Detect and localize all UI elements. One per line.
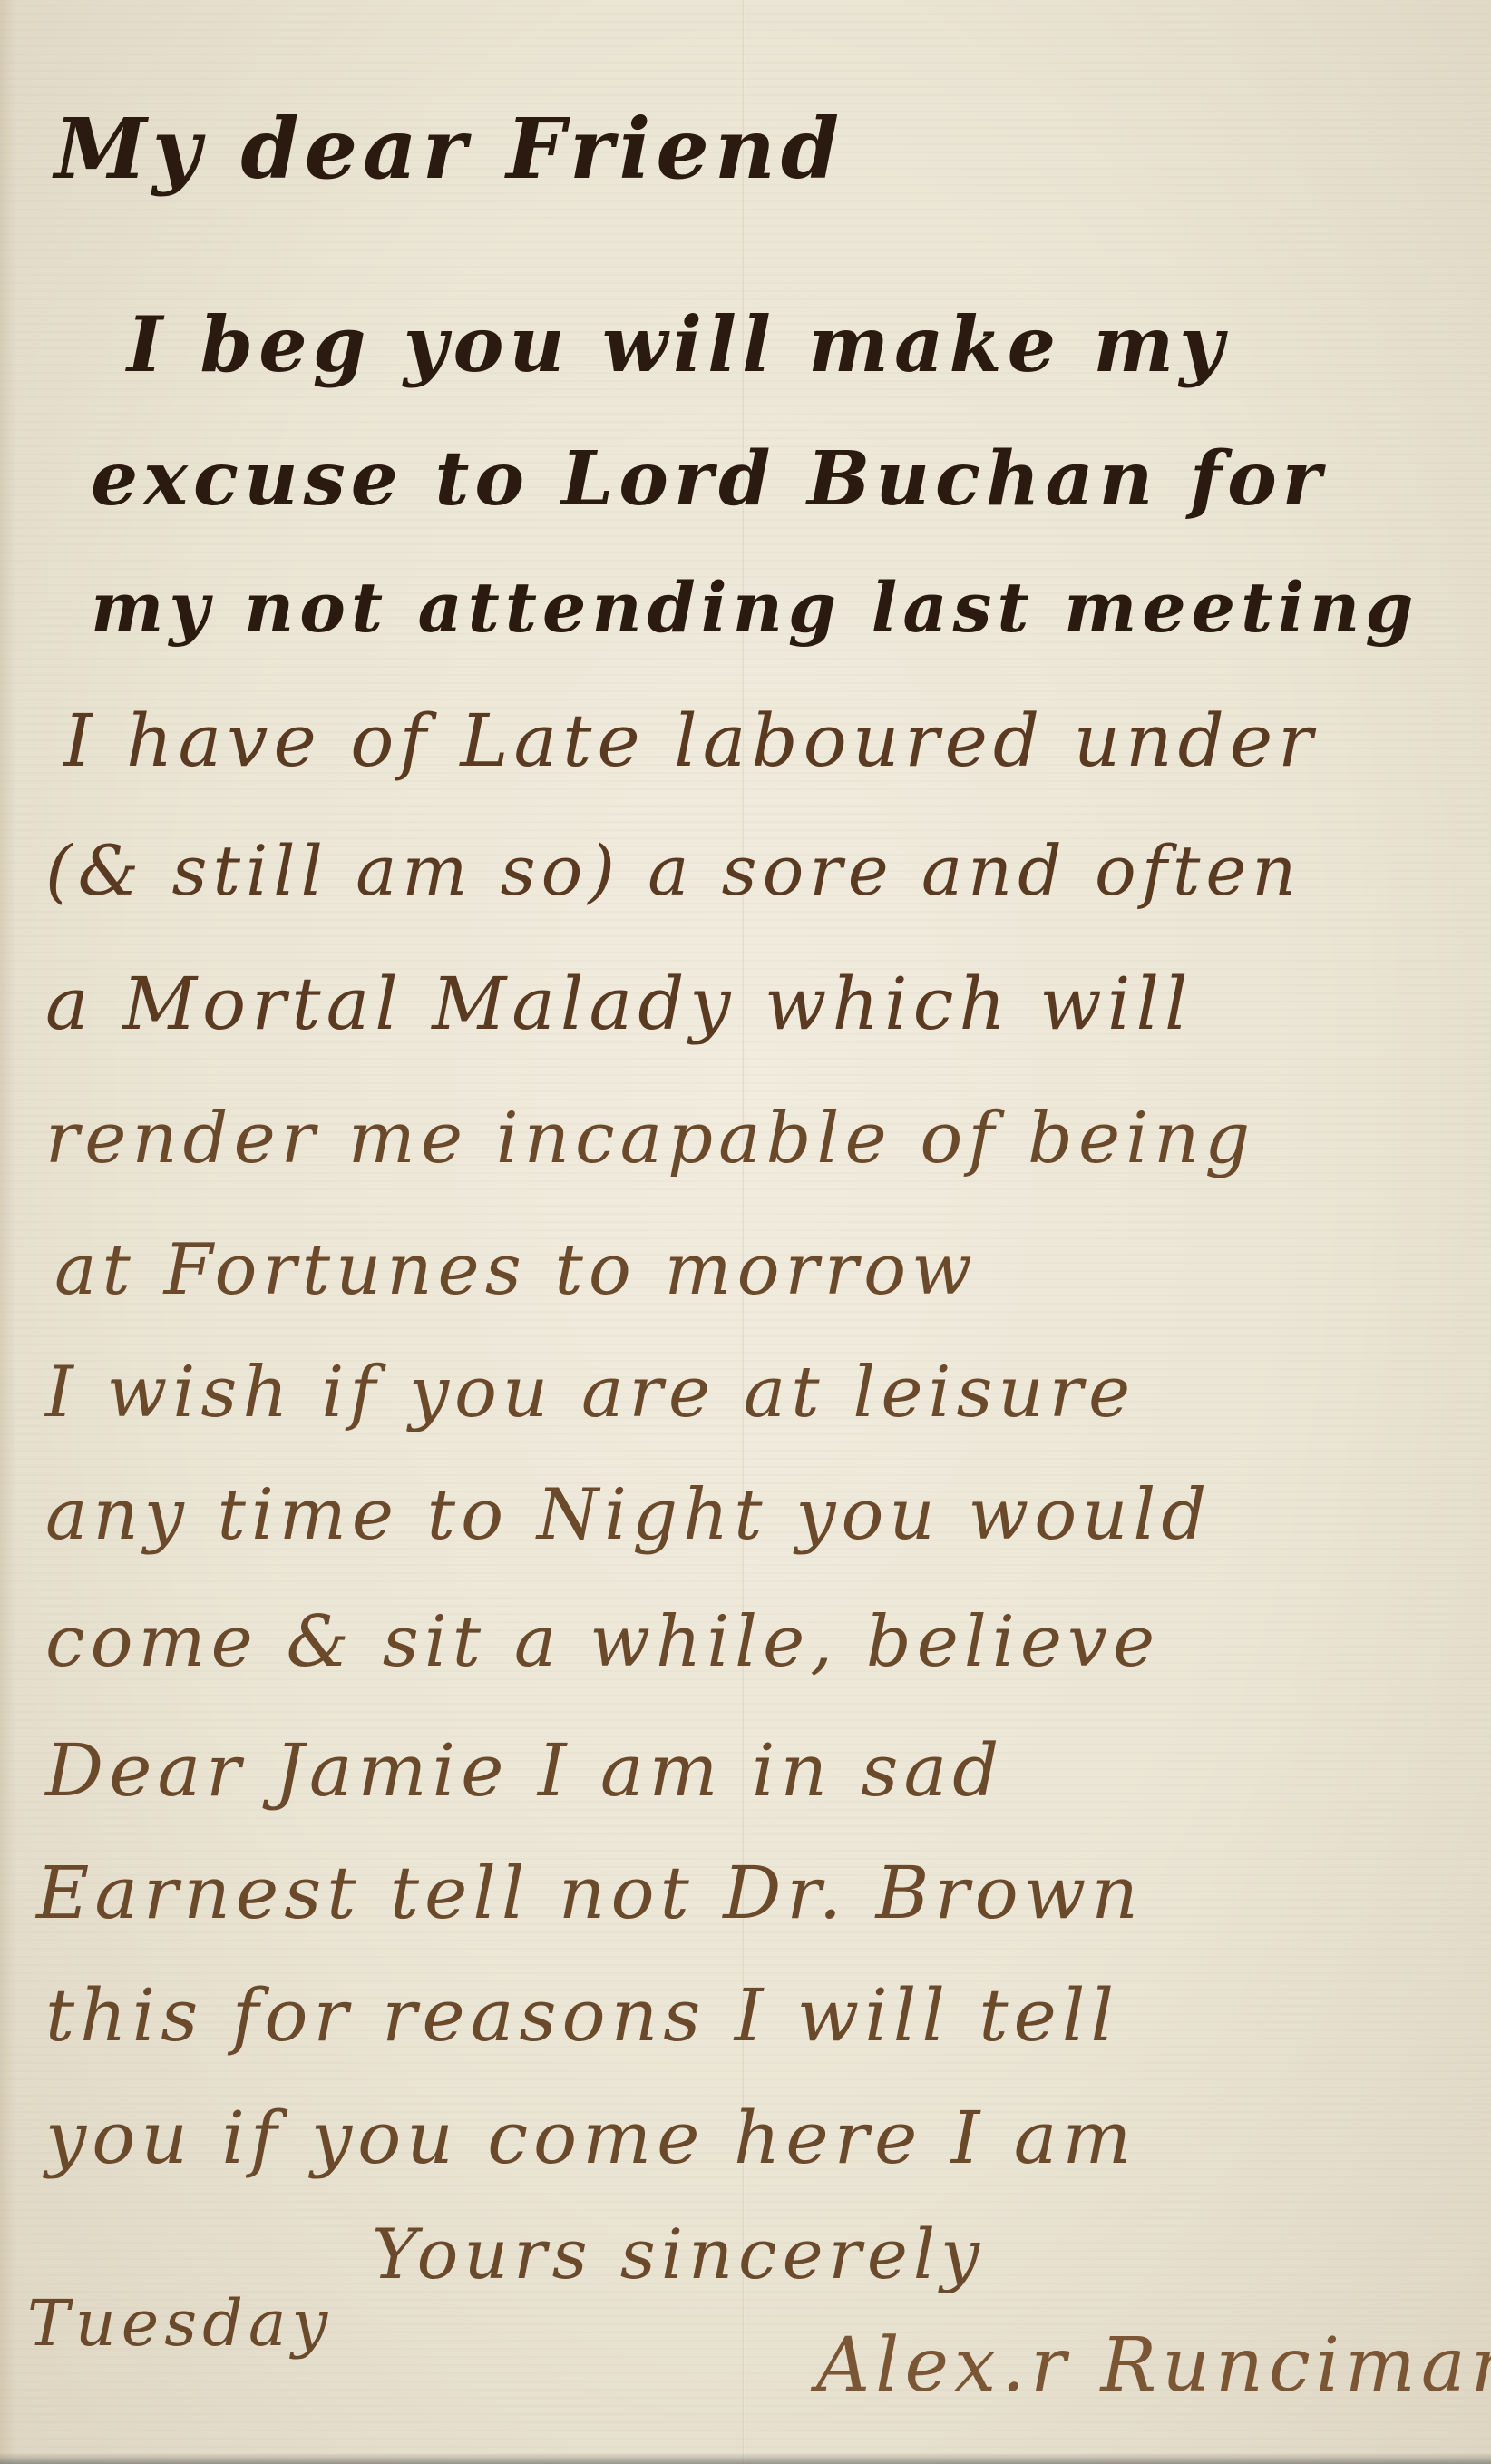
body-line-15: you if you come here I am [45, 2096, 1136, 2180]
body-line-6: a Mortal Malady which will [45, 962, 1194, 1046]
body-line-10: any time to Night you would [45, 1474, 1212, 1556]
body-line-12: Dear Jamie I am in sad [45, 1728, 1004, 1813]
body-line-5: (& still am so) a sore and often [45, 830, 1301, 911]
body-line-11: come & sit a while, believe [45, 1601, 1160, 1683]
body-line-8: at Fortunes to morrow [54, 1229, 978, 1311]
letter-page: My dear Friend I beg you will make my ex… [0, 0, 1491, 2464]
body-line-13: Earnest tell not Dr. Brown [36, 1851, 1144, 1935]
salutation: My dear Friend [54, 100, 844, 198]
body-line-7: render me incapable of being [45, 1098, 1255, 1179]
paper-edge [0, 0, 16, 2464]
body-line-1: I beg you will make my [127, 299, 1229, 389]
body-line-4: I have of Late laboured under [63, 699, 1318, 783]
body-line-3: my not attending last meeting [91, 567, 1418, 648]
signature: Alex.r Runciman [816, 2322, 1491, 2409]
dateline: Tuesday [27, 2286, 333, 2361]
body-line-9: I wish if you are at leisure [45, 1352, 1135, 1433]
closing: Yours sincerely [372, 2214, 985, 2294]
scan-edge-shadow [0, 2453, 1491, 2464]
body-line-2: excuse to Lord Buchan for [91, 435, 1327, 523]
body-line-14: this for reasons I will tell [45, 1973, 1119, 2058]
